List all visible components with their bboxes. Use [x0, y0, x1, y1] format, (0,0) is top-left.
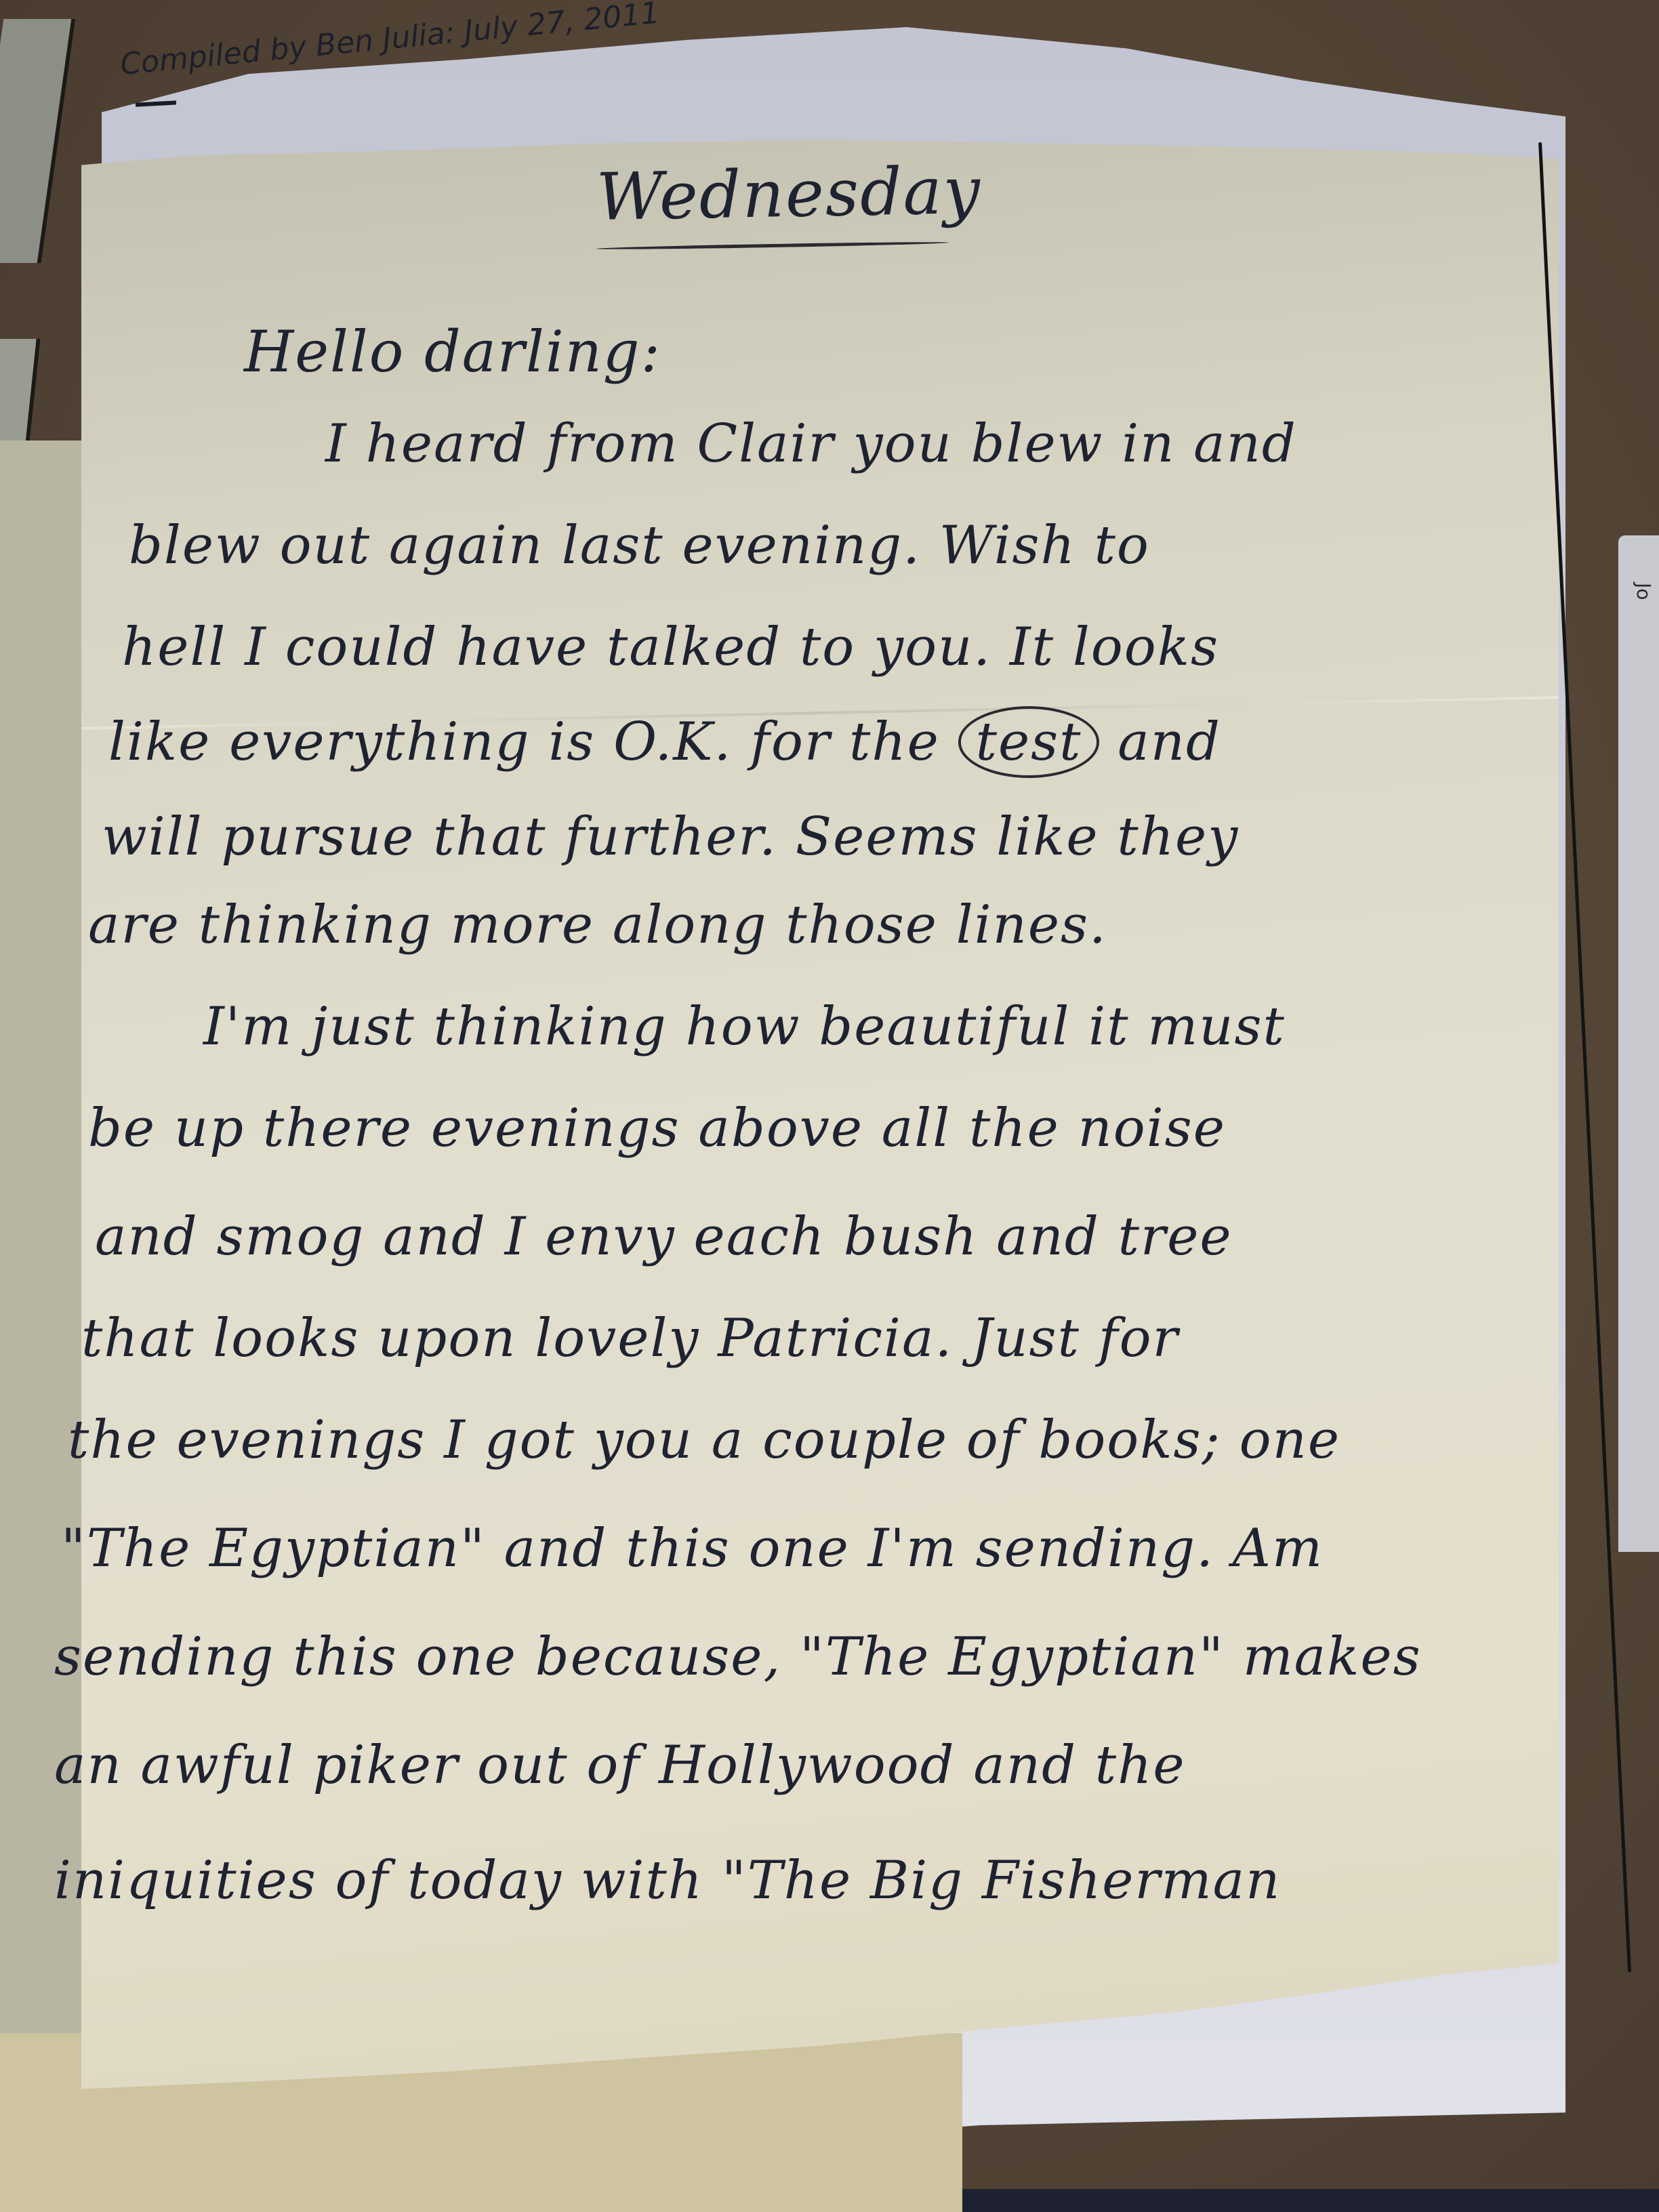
letter-line-15: iniquities of today with "The Big Fisher…	[54, 1850, 1281, 1911]
letter-line-7: I'm just thinking how beautiful it must	[203, 996, 1286, 1057]
letter-line-11: the evenings I got you a couple of books…	[68, 1410, 1340, 1471]
letter-line-4-text: like everything is O.K. for the	[108, 712, 940, 773]
letter-heading: Wednesday	[596, 152, 982, 235]
letter-line-8: be up there evenings above all the noise	[88, 1098, 1226, 1159]
letter-line-4-suffix: and	[1118, 712, 1221, 773]
side-card-right	[1618, 535, 1659, 1552]
letter-line-4: like everything is O.K. for the test and	[108, 712, 1221, 773]
letter-line-10: that looks upon lovely Patricia. Just fo…	[81, 1308, 1179, 1369]
letter-line-6: are thinking more along those lines.	[88, 895, 1107, 956]
letter-line-14: an awful piker out of Hollywood and the	[54, 1735, 1186, 1796]
letter-line-13: sending this one because, "The Egyptian"…	[54, 1626, 1422, 1687]
side-tab-text: Jo	[1633, 583, 1655, 600]
letter-line-9: and smog and I envy each bush and tree	[95, 1206, 1233, 1267]
circled-word: test	[958, 706, 1100, 778]
letter-line-5: will pursue that further. Seems like the…	[102, 806, 1239, 867]
letter-line-1: I heard from Clair you blew in and	[325, 413, 1297, 474]
letter-line-12: "The Egyptian" and this one I'm sending.…	[61, 1518, 1324, 1579]
dark-cloth	[962, 2189, 1659, 2212]
letter-salutation: Hello darling:	[244, 319, 661, 385]
letter-line-3: hell I could have talked to you. It look…	[122, 617, 1219, 678]
letter-line-2: blew out again last evening. Wish to	[129, 515, 1150, 576]
